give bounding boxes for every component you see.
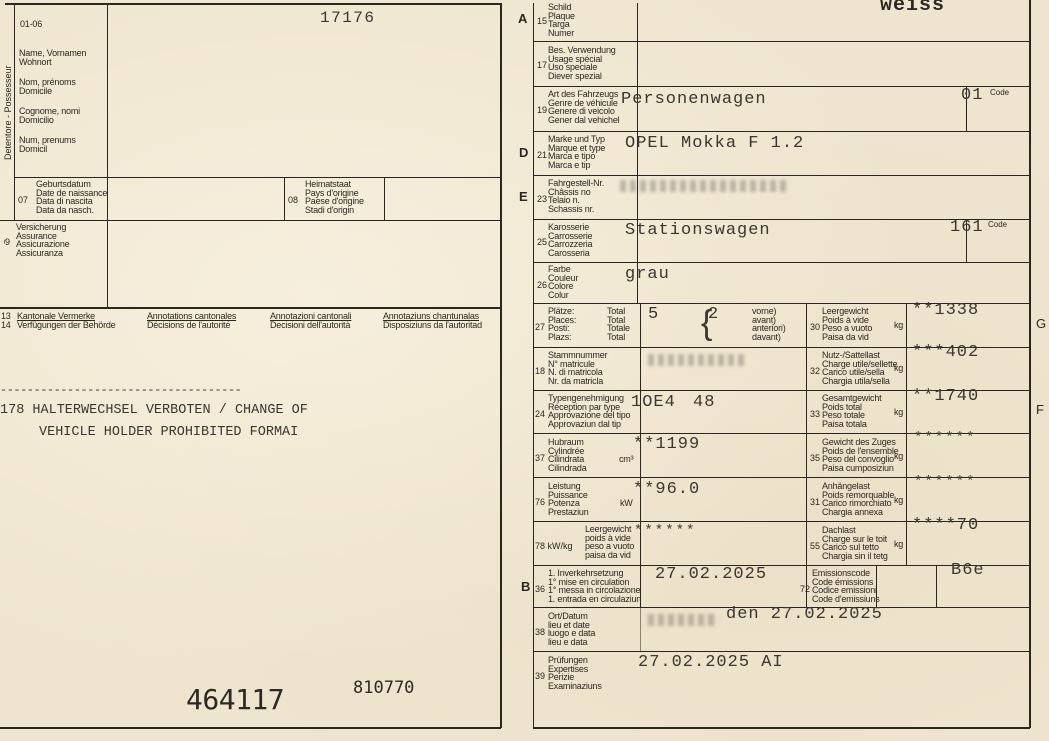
f33-number: 33 (810, 409, 820, 419)
vehicle-type-code: 01 (961, 86, 983, 105)
birthdate-field[interactable] (110, 180, 280, 218)
f35-number: 35 (810, 453, 820, 463)
cantonal-annotations-fr: Annotations cantonalesDécisions de l'aut… (147, 312, 236, 330)
f31-number: 31 (810, 497, 820, 507)
side-letter-b: B (521, 579, 530, 594)
f35-unit: kg (894, 452, 903, 461)
f76-label: LeistungPuissance PotenzaPrestaziun (548, 482, 589, 516)
field-01-06-label: Name, VornamenWohnort Nom, prénomsDomici… (19, 49, 86, 153)
f72-label: EmissionscodeCode émissions Codice emiss… (812, 569, 880, 603)
chassis-number-obscured (620, 180, 790, 192)
matricule-obscured (648, 354, 748, 366)
f39-label: PrüfungenExpertises PerizieExaminaziuns (548, 656, 602, 690)
cantonal-annotations-rm: Annotaziuns chantunalasDisposiziuns da l… (383, 312, 482, 330)
vehicle-type-code-label: Code (990, 88, 1009, 97)
displacement-value: **1199 (633, 435, 700, 454)
body-type-value: Stationswagen (625, 221, 771, 240)
field-08-label: HeimatstaatPays d'origine Paese d'origin… (305, 180, 364, 214)
empty-weight-value: **1338 (912, 301, 979, 320)
f38-number: 38 (535, 627, 545, 637)
f35-label: Gewicht des ZugesPoids de l'ensemble Pes… (822, 438, 898, 472)
f76-number: 76 (535, 497, 545, 507)
make-model-value: OPEL Mokka F 1.2 (625, 134, 804, 153)
field-01-06-number: 01-06 (20, 20, 42, 29)
first-registration-value: 27.02.2025 (655, 565, 767, 584)
train-weight-value: ****** (914, 430, 976, 446)
power-weight-ratio-value: ****** (634, 523, 696, 539)
f78-number: 78 kW/kg (535, 541, 573, 551)
side-letter-f: F (1036, 402, 1044, 417)
f39-number: 39 (535, 671, 545, 681)
payload-value: ***402 (912, 343, 979, 362)
f33-label: GesamtgewichtPoids total Peso totalePais… (822, 394, 881, 428)
field-09-label: VersicherungAssurance AssicurazioneAssic… (16, 223, 69, 257)
f32-unit: kg (894, 364, 903, 373)
f15-number: 15 (537, 16, 547, 26)
f19-label: Art des FahrzeugsGenre de véhicule Gener… (548, 90, 619, 124)
issue-place-obscured (648, 614, 718, 626)
f26-number: 26 (537, 280, 547, 290)
f21-label: Marke und TypMarque et type Marca e tipo… (548, 135, 605, 169)
f37-label: HubraumCylindrée CilindrataCilindrada (548, 438, 587, 472)
f18-number: 18 (535, 366, 545, 376)
f24-number: 24 (535, 409, 545, 419)
annotation-line-2: VEHICLE HOLDER PROHIBITED FORMAI (39, 425, 298, 440)
f31-label: AnhängelastPoids remorquable Carico rimo… (822, 482, 894, 516)
f32-number: 32 (810, 366, 820, 376)
f23-label: Fahrgestell-Nr.Châssis no Telaio n.Schas… (548, 179, 604, 213)
f17-number: 17 (537, 60, 547, 70)
side-letter-a: A (518, 11, 527, 26)
insurance-field[interactable] (110, 223, 495, 303)
f32-label: Nutz-/SattellastCharge utile/sellette Ca… (822, 351, 897, 385)
f25-number: 25 (537, 237, 547, 247)
seats-front-label: vorne)avant) anteriori)davant) (752, 307, 786, 341)
holder-name-field[interactable] (110, 30, 495, 170)
f27-number: 27 (535, 322, 545, 332)
f15-label: SchildPlaque TargaNumer (548, 3, 575, 37)
field-13-14-numbers: 1314 (1, 312, 11, 330)
f21-number: 21 (537, 150, 547, 160)
side-letter-d: D (519, 145, 528, 160)
power-value: **96.0 (633, 480, 700, 499)
f55-unit: kg (894, 540, 903, 549)
body-type-code-label: Code (988, 220, 1007, 229)
field-07-label: GeburtsdatumDate de naissance Data di na… (36, 180, 107, 214)
f72-number: 72 (800, 584, 810, 594)
body-type-code: 161 (950, 218, 984, 237)
f30-label: LeergewichtPoids à vide Peso a vuotoPais… (822, 307, 872, 341)
f23-number: 23 (537, 194, 547, 204)
f55-label: DachlastCharge sur le toit Carico sul te… (822, 526, 888, 560)
plate-value: weiss (880, 0, 945, 17)
field-08-number: 08 (288, 195, 298, 205)
f24-label: TypengenehmigungRéception par type Appro… (548, 394, 630, 428)
origin-field[interactable] (388, 180, 496, 218)
f26-label: FarbeCouleur ColoreColur (548, 265, 578, 299)
f38-label: Ort/Datumlieu et date luogo e datalieu e… (548, 612, 595, 646)
annotation-line-1: 178 HALTERWECHSEL VERBOTEN / CHANGE OF (0, 403, 308, 418)
side-letter-e: E (519, 189, 528, 204)
f55-number: 55 (810, 541, 820, 551)
color-value: grau (625, 265, 670, 284)
f27-label: Plätze:Places: Posti:Plazs: (548, 307, 576, 341)
holder-section-label: Detentore - Possesseur (3, 65, 13, 160)
cantonal-annotations-de: Kantonale VermerkeVerfügungen der Behörd… (17, 312, 115, 330)
roof-load-value: ****70 (912, 516, 979, 535)
f33-unit: kg (894, 408, 903, 417)
trailer-load-value: ****** (914, 474, 976, 490)
vehicle-type-value: Personenwagen (621, 90, 767, 109)
total-weight-value: **1740 (912, 387, 979, 406)
seats-front-value: 2 (708, 305, 719, 324)
f19-number: 19 (537, 105, 547, 115)
f37-unit: cm³ (619, 455, 633, 464)
f36-label: 1. Inverkehrsetzung1° mise en circulatio… (548, 569, 641, 603)
f30-unit: kg (894, 321, 903, 330)
issue-date-value: den 27.02.2025 (726, 605, 883, 624)
f25-label: KarosserieCarrosserie CarrozzeriaCarosse… (548, 223, 592, 257)
cantonal-annotations-it: Annotazioni cantonaliDecisioni dell'auto… (270, 312, 351, 330)
inspections-value: 27.02.2025 AI (638, 653, 784, 672)
f17-label: Bes. VerwendungUsage spécial Uso special… (548, 46, 616, 80)
emission-code-value: B6e (951, 561, 985, 580)
f36-number: 36 (535, 584, 545, 594)
seats-total-value: 5 (648, 305, 659, 324)
f31-unit: kg (894, 496, 903, 505)
type-approval-value: 1OE4 48 (631, 393, 715, 412)
f30-number: 30 (810, 322, 820, 332)
serial-top: 17176 (320, 9, 376, 27)
annotation-dashes: ------------------------------------ (0, 383, 241, 397)
f37-number: 37 (535, 453, 545, 463)
f18-label: StammnummerN° matricule N. di matricolaN… (548, 351, 607, 385)
f78-label: Leergewichtpoids à vide peso a vuotopais… (585, 525, 634, 559)
document-number-small: 810770 (353, 678, 414, 698)
side-letter-g: G (1036, 316, 1046, 331)
f76-unit: kW (620, 499, 633, 508)
f27-total-label: TotalTotal TotaleTotal (607, 307, 630, 341)
document-number-large: 464117 (186, 683, 284, 716)
field-07-number: 07 (18, 195, 28, 205)
